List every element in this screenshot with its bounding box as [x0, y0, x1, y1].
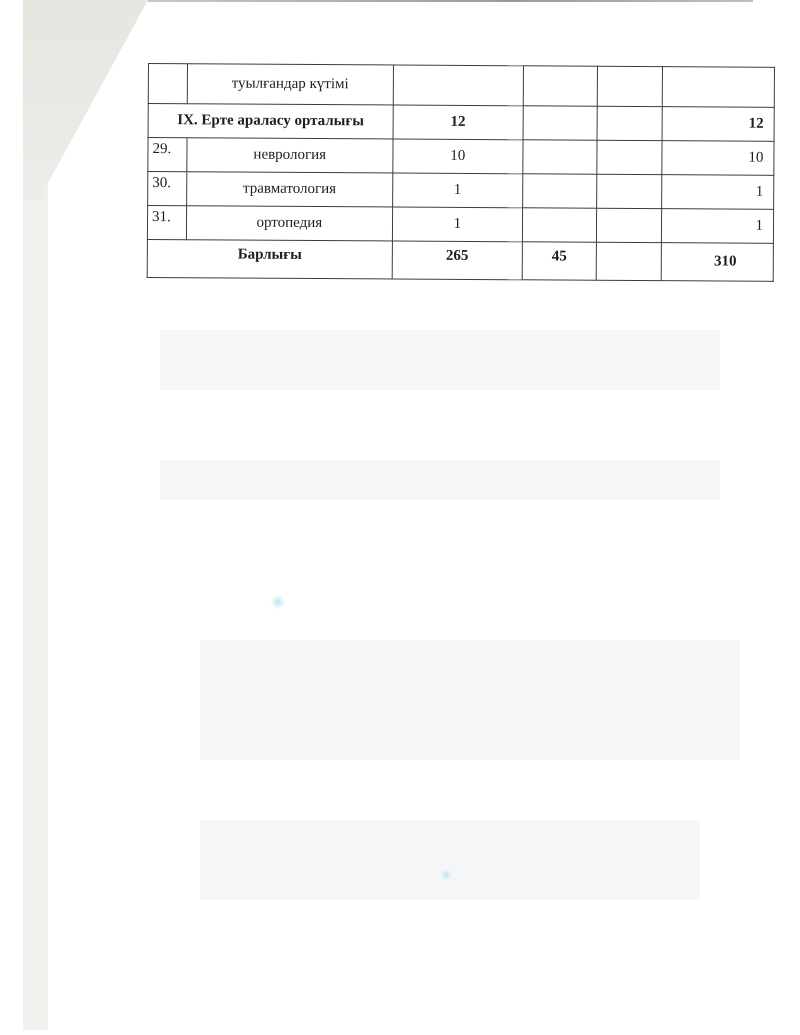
bleed-through-text — [200, 820, 700, 900]
value-cell-3 — [597, 174, 662, 208]
table-row-total: Барлығы 265 45 310 — [147, 239, 773, 281]
table-row: 31. ортопедия 1 1 — [147, 206, 773, 244]
value-cell-2 — [523, 66, 598, 106]
row-number-cell: 31. — [147, 206, 186, 240]
value-cell-2: 45 — [522, 242, 597, 280]
bleed-through-text — [200, 640, 740, 760]
value-cell-3 — [596, 208, 661, 242]
value-cell-3 — [596, 242, 661, 280]
ink-smudge — [440, 870, 452, 880]
value-cell-total: 1 — [662, 175, 774, 210]
table-row: 30. травматология 1 1 — [148, 172, 774, 210]
staff-table: туылғандар күтімі IX. Ерте араласу ортал… — [147, 63, 775, 282]
value-cell-total: 12 — [662, 107, 774, 142]
row-label-cell: травматология — [186, 172, 392, 207]
value-cell-3 — [597, 106, 662, 140]
value-cell-1: 12 — [393, 105, 523, 140]
bleed-through-text — [160, 460, 720, 500]
row-number-cell — [148, 64, 187, 104]
value-cell-1 — [393, 65, 523, 106]
bleed-through-text — [160, 330, 720, 390]
value-cell-1: 1 — [393, 173, 523, 208]
row-label-cell: неврология — [187, 138, 393, 173]
value-cell-1: 265 — [392, 241, 522, 280]
value-cell-2 — [523, 140, 598, 174]
row-label-cell: туылғандар күтімі — [187, 64, 393, 105]
value-cell-2 — [523, 106, 598, 140]
paper-folded-corner — [23, 0, 148, 200]
table-row-continuation: туылғандар күтімі — [148, 64, 774, 108]
section-heading-cell: IX. Ерте араласу орталығы — [148, 104, 393, 139]
row-number-cell: 30. — [148, 172, 187, 206]
value-cell-total: 310 — [661, 243, 773, 282]
value-cell-2 — [522, 208, 597, 242]
value-cell-3 — [597, 140, 662, 174]
value-cell-1: 1 — [392, 207, 522, 242]
value-cell-3 — [597, 66, 662, 106]
total-label-cell: Барлығы — [147, 239, 392, 278]
value-cell-2 — [522, 174, 597, 208]
table-row: 29. неврология 10 10 — [148, 138, 774, 176]
ink-smudge — [270, 595, 286, 609]
value-cell-total: 1 — [661, 209, 773, 244]
row-label-cell: ортопедия — [186, 206, 392, 241]
value-cell-total — [662, 67, 774, 108]
paper-top-edge — [148, 0, 753, 2]
table-row-section: IX. Ерте араласу орталығы 12 12 — [148, 104, 774, 142]
row-number-cell: 29. — [148, 138, 187, 172]
value-cell-1: 10 — [393, 139, 523, 174]
value-cell-total: 10 — [662, 141, 774, 176]
